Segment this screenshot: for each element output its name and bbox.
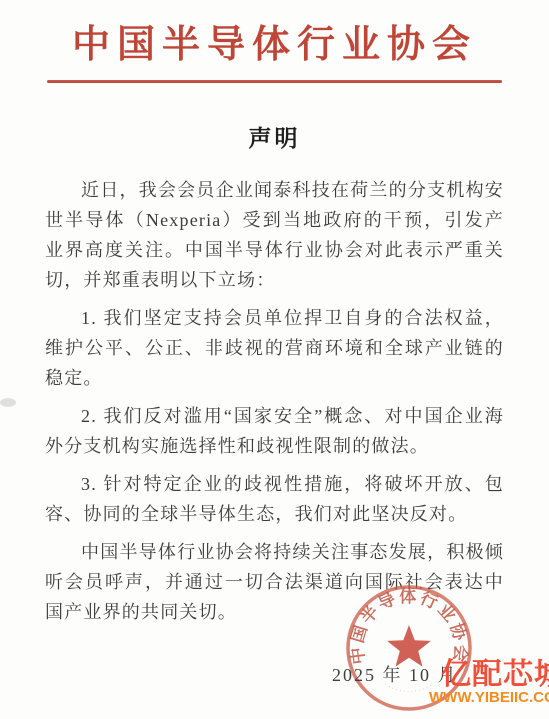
paragraph-point-2: 2. 我们反对滥用“国家安全”概念、对中国企业海外分支机构实施选择性和歧视性限制… [45, 401, 504, 461]
doc-date: 2025 年 10 月 [332, 661, 458, 687]
doc-title: 声明 [0, 123, 549, 155]
letterhead-divider [47, 80, 502, 83]
scan-artifact [0, 398, 16, 407]
watermark-url: WWW.YIBEIIC.COM [429, 689, 549, 706]
watermark-logo: 亿配芯城 [441, 649, 549, 693]
paragraph-intro: 近日，我会会员企业闻泰科技在荷兰的分支机构安世半导体（Nexperia）受到当地… [45, 175, 504, 295]
org-name: 中国半导体行业协会 [0, 20, 549, 70]
letterhead: 中国半导体行业协会 [0, 0, 549, 83]
document-page: 中国半导体行业协会 声明 近日，我会会员企业闻泰科技在荷兰的分支机构安世半导体（… [0, 0, 549, 719]
scan-artifact [452, 184, 463, 187]
doc-body: 近日，我会会员企业闻泰科技在荷兰的分支机构安世半导体（Nexperia）受到当地… [45, 175, 504, 627]
paragraph-point-3: 3. 针对特定企业的歧视性措施，将破坏开放、包容、协同的全球半导体生态，我们对此… [45, 469, 504, 529]
paragraph-point-1: 1. 我们坚定支持会员单位捍卫自身的合法权益，维护公平、公正、非歧视的营商环境和… [45, 303, 504, 393]
